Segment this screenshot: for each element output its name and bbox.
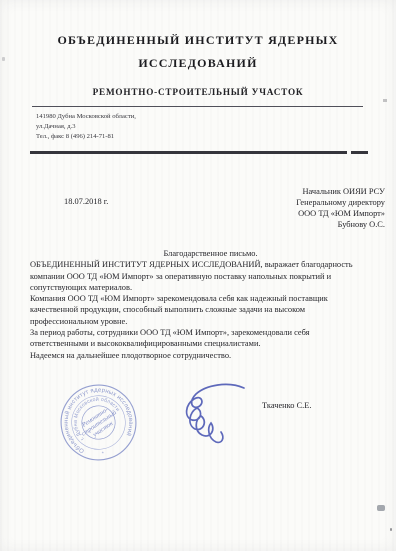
body-line: ОБЪЕДИНЕННЫЙ ИНСТИТУТ ЯДЕРНЫХ ИССЛЕДОВАН… [30, 259, 391, 270]
letter-body: Благодарственное письмо. ОБЪЕДИНЕННЫЙ ИН… [30, 248, 391, 361]
scan-speck [377, 505, 385, 511]
handwritten-signature [168, 368, 260, 454]
signatory-name: Ткаченко С.Е. [262, 401, 311, 410]
body-line: Компания ООО ТД «ЮМ Импорт» зарекомендов… [30, 293, 391, 304]
recipient-line: Бубнову О.С. [296, 219, 385, 230]
letterhead-divider-dash [351, 151, 368, 154]
letter-date: 18.07.2018 г. [64, 197, 108, 206]
department-title: РЕМОНТНО-СТРОИТЕЛЬНЫЙ УЧАСТОК [0, 87, 396, 97]
scan-speck [390, 528, 392, 531]
header-divider [32, 106, 363, 107]
address-line3: Тел., факс 8 (496) 214-71-81 [36, 132, 136, 142]
address-block: 141980 Дубна Московской области, ул.Дачн… [36, 112, 136, 142]
letter-title: Благодарственное письмо. [30, 248, 391, 259]
scan-speck [383, 99, 387, 102]
recipient-line: ООО ТД «ЮМ Импорт» [296, 208, 385, 219]
stamp-separator-star: * [102, 451, 105, 457]
recipient-line: Генеральному директору [296, 197, 385, 208]
signature-stroke [187, 384, 244, 442]
body-line: качественной продукции, способный выполн… [30, 304, 391, 315]
body-line: компании ООО ТД «ЮМ Импорт» за оперативн… [30, 271, 391, 282]
body-line: сопутствующих материалов. [30, 282, 391, 293]
org-name-line2: ИССЛЕДОВАНИЙ [0, 56, 396, 71]
letterhead-divider [30, 151, 347, 154]
round-stamp-seal: Объединенный институт ядерных исследован… [50, 374, 147, 471]
org-name-line1: ОБЪЕДИНЕННЫЙ ИНСТИТУТ ЯДЕРНЫХ [0, 33, 396, 48]
body-line: За период работы, сотрудники ООО ТД «ЮМ … [30, 327, 391, 338]
body-line: ответственными и высококвалифицированным… [30, 338, 391, 349]
body-line: профессиональном уровне. [30, 316, 391, 327]
address-line1: 141980 Дубна Московской области, [36, 112, 136, 122]
recipient-block: Начальник ОИЯИ РСУ Генеральному директор… [296, 186, 385, 230]
address-line2: ул.Дачная, д.3 [36, 122, 136, 132]
body-line: Надеемся на дальнейшее плодотворное сотр… [30, 350, 391, 361]
scan-speck [2, 57, 5, 61]
recipient-line: Начальник ОИЯИ РСУ [296, 186, 385, 197]
scanned-letter-page: ОБЪЕДИНЕННЫЙ ИНСТИТУТ ЯДЕРНЫХ ИССЛЕДОВАН… [0, 0, 396, 551]
